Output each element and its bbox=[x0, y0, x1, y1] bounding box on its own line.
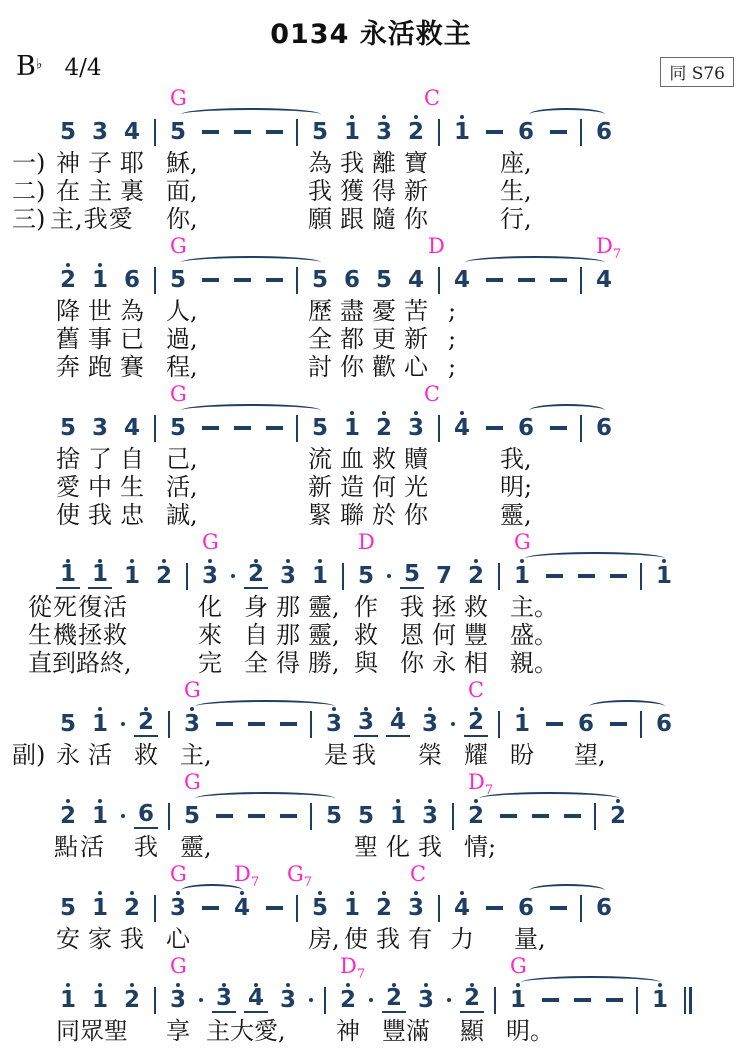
lyric-segment: 降世為 bbox=[56, 297, 152, 325]
key-letter: B bbox=[16, 51, 36, 82]
octave-dot bbox=[460, 891, 464, 895]
system-2: GDD72165565444降世為人,歷盡憂苦;舊事已過,全都更新;奔跑賽程,討… bbox=[0, 235, 742, 381]
lyric-segment: 與 bbox=[354, 649, 378, 677]
lyric-segment: 靈, bbox=[180, 833, 212, 861]
lyric-row-3: 三)主,我愛你,願跟隨你行, bbox=[0, 205, 742, 233]
lyric-segment: 奔跑賽 bbox=[56, 353, 152, 381]
lyric-segment: 得 bbox=[276, 649, 300, 677]
system-5: GC512333432166副)永活救主,是我榮耀盼望, bbox=[0, 679, 742, 769]
duration-dot bbox=[446, 707, 460, 741]
lyric-segment: 化 bbox=[198, 593, 222, 621]
chord-label: G bbox=[170, 955, 187, 977]
note-4-high: 4 bbox=[446, 411, 478, 445]
octave-dot bbox=[144, 707, 148, 711]
note-1-high: 1 bbox=[506, 707, 538, 741]
slur-arc bbox=[195, 792, 335, 805]
slur-arc bbox=[479, 792, 619, 805]
note-2-high: 2 bbox=[240, 559, 272, 593]
note-6: 6 bbox=[336, 263, 368, 297]
octave-dot bbox=[176, 891, 180, 895]
note-1-high: 1 bbox=[84, 983, 116, 1017]
held-beat-dash bbox=[478, 411, 510, 445]
lyric-segment: ; bbox=[448, 325, 456, 353]
note-7: 7 bbox=[428, 559, 460, 593]
note-1-high: 1 bbox=[304, 559, 336, 593]
notation-row: 512333432166 bbox=[0, 703, 742, 741]
note-6: 6 bbox=[130, 799, 162, 833]
system-4: GDG11123231557211從死復活化身那靈,作我拯救主。生機拯救來自那靈… bbox=[0, 531, 742, 677]
lyric-segment: 完 bbox=[198, 649, 222, 677]
barline bbox=[148, 411, 162, 445]
lyric-segment: 主,我愛 bbox=[50, 205, 134, 233]
chord-row: GD7G bbox=[0, 955, 742, 979]
barline bbox=[162, 707, 176, 741]
barline bbox=[180, 559, 194, 593]
final-barline bbox=[676, 983, 700, 1017]
octave-dot bbox=[428, 707, 432, 711]
lyric-segment: 靈, bbox=[308, 621, 340, 649]
octave-dot bbox=[130, 891, 134, 895]
octave-dot bbox=[520, 707, 524, 711]
notation-row: 53455123466 bbox=[0, 407, 742, 445]
barline bbox=[432, 115, 446, 149]
octave-dot bbox=[474, 559, 478, 563]
slur-arc bbox=[525, 552, 665, 565]
lyric-segment: 親。 bbox=[510, 649, 558, 677]
lyric-segment: 耀 bbox=[464, 741, 488, 769]
chord-label: C bbox=[468, 679, 484, 701]
lyric-segment: ; bbox=[448, 297, 456, 325]
barline bbox=[492, 559, 506, 593]
system-7: GD7G7C512345123466安家我心房,使我有力量, bbox=[0, 863, 742, 953]
barline bbox=[148, 115, 162, 149]
octave-dot bbox=[318, 891, 322, 895]
note-2-high: 2 bbox=[116, 983, 148, 1017]
chord-label: G bbox=[184, 771, 201, 793]
chord-label: D bbox=[358, 531, 375, 553]
note-3-high: 3 bbox=[272, 559, 304, 593]
lyric-segment: 享 bbox=[166, 1017, 190, 1045]
octave-dot bbox=[98, 983, 102, 987]
lyric-segment: 生機拯救 bbox=[28, 621, 128, 649]
lyric-segment: 我獲得新 bbox=[308, 177, 436, 205]
octave-dot bbox=[98, 559, 102, 563]
note-3-high: 3 bbox=[208, 983, 240, 1017]
slur-arc bbox=[465, 256, 605, 269]
lyric-segment: 願跟隨你 bbox=[308, 205, 436, 233]
note-1-high: 1 bbox=[84, 707, 116, 741]
duration-dot bbox=[304, 983, 318, 1017]
note-3-high: 3 bbox=[350, 707, 382, 741]
duration-dot bbox=[442, 983, 456, 1017]
chord-label: G bbox=[170, 235, 187, 257]
note-5: 5 bbox=[350, 559, 382, 593]
lyric-segment: 房, bbox=[308, 925, 340, 953]
octave-dot bbox=[286, 559, 290, 563]
lyric-segment: 三) bbox=[12, 205, 45, 233]
lyric-row-3: 直到路終,完全得勝,與你永相親。 bbox=[0, 649, 742, 677]
chord-label: G bbox=[170, 863, 187, 885]
system-6: GD72165551322點活我靈,聖化我情; bbox=[0, 771, 742, 861]
lyric-segment: 靈, bbox=[308, 593, 340, 621]
lyric-segment: 過, bbox=[166, 325, 198, 353]
held-beat-dash bbox=[478, 115, 510, 149]
note-3-high: 3 bbox=[410, 983, 442, 1017]
lyric-row-1: 點活我靈,聖化我情; bbox=[0, 833, 742, 861]
note-3-high: 3 bbox=[400, 411, 432, 445]
octave-dot bbox=[382, 891, 386, 895]
system-3: GC53455123466捨了自己,流血救贖我,愛中生活,新造何光明;使我忠誠,… bbox=[0, 383, 742, 529]
note-2-high: 2 bbox=[148, 559, 180, 593]
held-beat-dash bbox=[538, 707, 570, 741]
note-3-high: 3 bbox=[162, 983, 194, 1017]
lyric-segment: 使我有 bbox=[344, 925, 440, 953]
octave-dot bbox=[396, 799, 400, 803]
note-1-high: 1 bbox=[336, 115, 368, 149]
note-5: 5 bbox=[52, 411, 84, 445]
lyric-segment: 盼 bbox=[510, 741, 534, 769]
lyric-segment: 愛中生 bbox=[56, 473, 152, 501]
lyric-segment: 緊聯於你 bbox=[308, 501, 436, 529]
slur-arc bbox=[195, 700, 335, 713]
lyric-segment: 作 bbox=[354, 593, 378, 621]
lyric-segment: 為我離寶 bbox=[308, 149, 436, 177]
slur-arc bbox=[181, 256, 321, 269]
octave-dot bbox=[254, 559, 258, 563]
lyric-segment: 我 bbox=[134, 833, 158, 861]
time-signature: 4/4 bbox=[64, 55, 101, 81]
lyric-segment: 主, bbox=[180, 741, 212, 769]
lyric-row-2: 二)在主裏面,我獲得新生, bbox=[0, 177, 742, 205]
lyric-segment: 討你歡心 bbox=[308, 353, 436, 381]
lyric-segment: 舊事已 bbox=[56, 325, 152, 353]
lyric-row-1: 從死復活化身那靈,作我拯救主。 bbox=[0, 593, 742, 621]
lyric-segment: 我, bbox=[500, 445, 532, 473]
note-4-high: 4 bbox=[240, 983, 272, 1017]
octave-dot bbox=[460, 411, 464, 415]
lyric-segment: 我拯救 bbox=[400, 593, 496, 621]
lyric-row-2: 愛中生活,新造何光明; bbox=[0, 473, 742, 501]
note-5: 5 bbox=[52, 115, 84, 149]
note-3-high: 3 bbox=[400, 891, 432, 925]
lyric-segment: 誠, bbox=[166, 501, 198, 529]
octave-dot bbox=[474, 707, 478, 711]
chord-label: G bbox=[170, 87, 187, 109]
slur-arc bbox=[529, 108, 605, 121]
barline bbox=[290, 891, 304, 925]
note-1-high: 1 bbox=[84, 263, 116, 297]
notation-row: 11123231557211 bbox=[0, 555, 742, 593]
octave-dot bbox=[130, 983, 134, 987]
duration-dot bbox=[116, 707, 130, 741]
lyric-segment: 主大愛, bbox=[206, 1017, 286, 1045]
octave-dot bbox=[364, 707, 368, 711]
octave-dot bbox=[474, 799, 478, 803]
lyric-row-1: 捨了自己,流血救贖我, bbox=[0, 445, 742, 473]
lyric-segment: 直到路終, bbox=[28, 649, 132, 677]
lyric-row-3: 使我忠誠,緊聯於你靈, bbox=[0, 501, 742, 529]
octave-dot bbox=[98, 707, 102, 711]
note-1-high: 1 bbox=[84, 799, 116, 833]
note-5-high: 5 bbox=[304, 891, 336, 925]
octave-dot bbox=[286, 983, 290, 987]
note-2-high: 2 bbox=[130, 707, 162, 741]
octave-dot bbox=[98, 263, 102, 267]
octave-dot bbox=[414, 411, 418, 415]
lyric-segment: 捨了自 bbox=[56, 445, 152, 473]
octave-dot bbox=[130, 559, 134, 563]
note-2-high: 2 bbox=[460, 707, 492, 741]
note-2-high: 2 bbox=[116, 891, 148, 925]
lyric-segment: 榮 bbox=[418, 741, 442, 769]
slur-arc bbox=[181, 108, 321, 121]
chord-label: G bbox=[184, 679, 201, 701]
lyric-segment: 在主裏 bbox=[56, 177, 152, 205]
lyric-segment: 同眾聖 bbox=[56, 1017, 128, 1045]
octave-dot bbox=[414, 115, 418, 119]
chord-row: GDD7 bbox=[0, 235, 742, 259]
slur-arc bbox=[181, 884, 243, 897]
note-4: 4 bbox=[116, 115, 148, 149]
octave-dot bbox=[98, 799, 102, 803]
barline bbox=[492, 707, 506, 741]
octave-dot bbox=[392, 983, 396, 987]
notation-row: 2165565444 bbox=[0, 259, 742, 297]
lyric-row-3: 奔跑賽程,討你歡心; bbox=[0, 353, 742, 381]
note-1-high: 1 bbox=[52, 983, 84, 1017]
note-2-high: 2 bbox=[368, 411, 400, 445]
lyric-segment: 恩何豐 bbox=[400, 621, 496, 649]
lyric-segment: 使我忠 bbox=[56, 501, 152, 529]
barline bbox=[148, 263, 162, 297]
octave-dot bbox=[428, 799, 432, 803]
lyric-segment: 自 bbox=[244, 621, 268, 649]
note-3: 3 bbox=[84, 411, 116, 445]
lyric-segment: 主。 bbox=[510, 593, 558, 621]
note-3-high: 3 bbox=[194, 559, 226, 593]
chord-label: G bbox=[510, 955, 527, 977]
lyric-segment: 副) bbox=[12, 741, 45, 769]
lyric-row-1: 安家我心房,使我有力量, bbox=[0, 925, 742, 953]
lyric-segment: 全 bbox=[244, 649, 268, 677]
slur-arc bbox=[529, 884, 605, 897]
note-5: 5 bbox=[396, 559, 428, 593]
note-2-high: 2 bbox=[52, 799, 84, 833]
lyric-segment: 靈, bbox=[500, 501, 532, 529]
lyric-segment: 永活 bbox=[56, 741, 120, 769]
lyric-row-1: 降世為人,歷盡憂苦; bbox=[0, 297, 742, 325]
note-3-high: 3 bbox=[272, 983, 304, 1017]
note-3-high: 3 bbox=[414, 799, 446, 833]
lyric-segment: 身 bbox=[244, 593, 268, 621]
note-2-high: 2 bbox=[460, 559, 492, 593]
chord-label: G bbox=[170, 383, 187, 405]
barline bbox=[162, 799, 176, 833]
note-6: 6 bbox=[116, 263, 148, 297]
chord-label: G bbox=[514, 531, 531, 553]
octave-dot bbox=[350, 115, 354, 119]
lyric-segment: 安家我 bbox=[56, 925, 152, 953]
barline bbox=[432, 263, 446, 297]
note-4-high: 4 bbox=[446, 891, 478, 925]
note-1-high: 1 bbox=[52, 559, 84, 593]
lyric-row-1: 副)永活救主,是我榮耀盼望, bbox=[0, 741, 742, 769]
chord-row: GC bbox=[0, 383, 742, 407]
lyric-segment: 己, bbox=[166, 445, 198, 473]
lyric-segment: 盛。 bbox=[510, 621, 558, 649]
lyric-row-1: 同眾聖享主大愛,神豐滿顯明。 bbox=[0, 1017, 742, 1045]
note-1-high: 1 bbox=[446, 115, 478, 149]
lyric-segment: 二) bbox=[12, 177, 45, 205]
index-badge: 同 S76 bbox=[660, 57, 734, 87]
lyric-segment: 勝, bbox=[308, 649, 340, 677]
duration-dot bbox=[382, 559, 396, 593]
chord-label: C bbox=[410, 863, 426, 885]
octave-dot bbox=[176, 983, 180, 987]
octave-dot bbox=[208, 559, 212, 563]
lyric-segment: 來 bbox=[198, 621, 222, 649]
barline bbox=[432, 411, 446, 445]
lyric-segment: 行, bbox=[500, 205, 532, 233]
barline bbox=[488, 983, 502, 1017]
octave-dot bbox=[190, 707, 194, 711]
octave-dot bbox=[318, 559, 322, 563]
lyric-segment: 救 bbox=[354, 621, 378, 649]
key-signature: B♭4/4 bbox=[16, 51, 101, 82]
held-beat-dash bbox=[258, 891, 290, 925]
lyric-row-1: 一)神子耶穌,為我離寶座, bbox=[0, 149, 742, 177]
octave-dot bbox=[470, 983, 474, 987]
lyric-segment: 你永相 bbox=[400, 649, 496, 677]
note-1-high: 1 bbox=[336, 891, 368, 925]
barline bbox=[336, 559, 350, 593]
octave-dot bbox=[222, 983, 226, 987]
lyric-segment: 情; bbox=[464, 833, 496, 861]
lyric-segment: 神 bbox=[336, 1017, 360, 1045]
lyric-row-2: 生機拯救來自那靈,救恩何豐盛。 bbox=[0, 621, 742, 649]
chord-row: GDG bbox=[0, 531, 742, 555]
octave-dot bbox=[66, 799, 70, 803]
duration-dot bbox=[364, 983, 378, 1017]
lyric-segment: 那 bbox=[276, 593, 300, 621]
lyric-segment: 程, bbox=[166, 353, 198, 381]
lyric-segment: 神子耶 bbox=[56, 149, 152, 177]
duration-dot bbox=[226, 559, 240, 593]
lyric-segment: 面, bbox=[166, 177, 198, 205]
duration-dot bbox=[116, 799, 130, 833]
lyric-row-2: 舊事已過,全都更新; bbox=[0, 325, 742, 353]
lyric-segment: 點活 bbox=[54, 833, 106, 861]
note-2-high: 2 bbox=[52, 263, 84, 297]
lyric-segment: 穌, bbox=[166, 149, 198, 177]
octave-dot bbox=[396, 707, 400, 711]
slur-arc bbox=[181, 404, 321, 417]
lyric-segment: 是我 bbox=[324, 741, 380, 769]
barline bbox=[148, 983, 162, 1017]
system-8: GD7G1123343223211同眾聖享主大愛,神豐滿顯明。 bbox=[0, 955, 742, 1045]
note-1-high: 1 bbox=[84, 891, 116, 925]
octave-dot bbox=[460, 115, 464, 119]
lyric-segment: 豐滿 bbox=[382, 1017, 430, 1045]
barline bbox=[318, 983, 332, 1017]
meta-row: B♭4/4 同 S76 bbox=[0, 51, 742, 87]
note-2-high: 2 bbox=[368, 891, 400, 925]
lyric-segment: 一) bbox=[12, 149, 45, 177]
octave-dot bbox=[382, 411, 386, 415]
octave-dot bbox=[350, 411, 354, 415]
slur-arc bbox=[529, 404, 605, 417]
note-2-high: 2 bbox=[332, 983, 364, 1017]
note-3-high: 3 bbox=[368, 115, 400, 149]
hymn-sheet: 0134 永活救主 B♭4/4 同 S76 GC53455132166一)神子耶… bbox=[0, 0, 742, 1050]
barline bbox=[432, 891, 446, 925]
note-1-high: 1 bbox=[84, 559, 116, 593]
octave-dot bbox=[382, 115, 386, 119]
lyric-segment: 力 bbox=[450, 925, 474, 953]
octave-dot bbox=[520, 559, 524, 563]
note-1-high: 1 bbox=[116, 559, 148, 593]
lyric-segment: 人, bbox=[166, 297, 198, 325]
octave-dot bbox=[346, 983, 350, 987]
lyric-segment: 流血救贖 bbox=[308, 445, 436, 473]
chord-row: GC bbox=[0, 87, 742, 111]
lyric-segment: 生, bbox=[500, 177, 532, 205]
octave-dot bbox=[162, 559, 166, 563]
note-3: 3 bbox=[84, 115, 116, 149]
octave-dot bbox=[424, 983, 428, 987]
chord-row: GD7 bbox=[0, 771, 742, 795]
octave-dot bbox=[254, 983, 258, 987]
notation-row: 53455132166 bbox=[0, 111, 742, 149]
slur-arc bbox=[521, 976, 661, 989]
octave-dot bbox=[66, 559, 70, 563]
notation-row: 1123343223211 bbox=[0, 979, 742, 1017]
note-5: 5 bbox=[52, 891, 84, 925]
note-1-high: 1 bbox=[336, 411, 368, 445]
octave-dot bbox=[516, 983, 520, 987]
note-2-high: 2 bbox=[378, 983, 410, 1017]
note-1-high: 1 bbox=[382, 799, 414, 833]
octave-dot bbox=[98, 891, 102, 895]
notation-row: 2165551322 bbox=[0, 795, 742, 833]
note-4-high: 4 bbox=[382, 707, 414, 741]
duration-dot bbox=[194, 983, 208, 1017]
lyric-segment: 那 bbox=[276, 621, 300, 649]
note-4: 4 bbox=[116, 411, 148, 445]
lyric-segment: 你, bbox=[166, 205, 198, 233]
lyric-segment: 活, bbox=[166, 473, 198, 501]
lyric-segment: 量, bbox=[514, 925, 546, 953]
note-2-high: 2 bbox=[456, 983, 488, 1017]
chord-row: GD7G7C bbox=[0, 863, 742, 887]
system-1: GC53455132166一)神子耶穌,為我離寶座,二)在主裏面,我獲得新生,三… bbox=[0, 87, 742, 233]
lyric-segment: 新造何光 bbox=[308, 473, 436, 501]
lyric-segment: ; bbox=[448, 353, 456, 381]
note-2-high: 2 bbox=[400, 115, 432, 149]
lyric-segment: 歷盡憂苦 bbox=[308, 297, 436, 325]
lyric-segment: 明; bbox=[500, 473, 532, 501]
note-5: 5 bbox=[52, 707, 84, 741]
chord-label: C bbox=[424, 383, 440, 405]
systems-container: GC53455132166一)神子耶穌,為我離寶座,二)在主裏面,我獲得新生,三… bbox=[0, 87, 742, 1045]
lyric-segment: 聖化我 bbox=[354, 833, 450, 861]
lyric-segment: 心 bbox=[166, 925, 190, 953]
note-4: 4 bbox=[400, 263, 432, 297]
octave-dot bbox=[350, 891, 354, 895]
octave-dot bbox=[414, 891, 418, 895]
chord-label: D bbox=[428, 235, 445, 257]
held-beat-dash bbox=[478, 891, 510, 925]
